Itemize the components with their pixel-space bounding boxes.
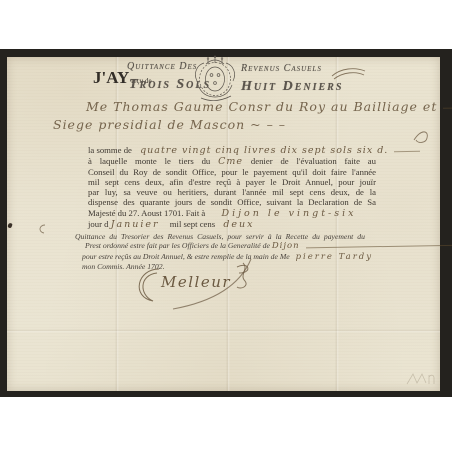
pen-rule bbox=[443, 106, 452, 109]
body-line-3: Conseil du Roy de sondit Office, pour le… bbox=[88, 167, 376, 177]
recipient-line-2: Siege presidial de Mascon ~ – – bbox=[53, 117, 286, 132]
place-date-handwritten: Dijon le vingt-six bbox=[221, 208, 356, 219]
body-line-1-print: la somme de bbox=[88, 145, 132, 155]
photo-dark-background: J'AYreçu de Quittance Des Revenus Casuel… bbox=[0, 49, 452, 397]
generalite-handwritten: Dijon bbox=[272, 241, 300, 251]
pen-flourish-icon bbox=[331, 65, 367, 81]
pen-curl-icon bbox=[412, 127, 434, 145]
body-line-4: mil sept cens deux, afin d'estre reçû à … bbox=[88, 177, 376, 187]
body-line-8: jour d Januier mil sept cens deux bbox=[88, 219, 376, 230]
signature: Melleur bbox=[125, 257, 300, 313]
body-paragraph: la somme de quatre vingt cinq livres dix… bbox=[88, 145, 376, 230]
footer-line-1: Quittance du Tresorier des Revenus Casue… bbox=[75, 232, 365, 241]
body-line-8-print-b: mil sept cens bbox=[170, 219, 215, 229]
pen-rule bbox=[393, 150, 419, 151]
document-paper: J'AYreçu de Quittance Des Revenus Casuel… bbox=[7, 57, 440, 391]
body-line-5: par luy, sa veuve ou heritiers, durant l… bbox=[88, 187, 376, 197]
ink-spot bbox=[7, 222, 12, 228]
fold-crease-horizontal bbox=[7, 329, 440, 333]
royal-coat-of-arms-icon bbox=[191, 55, 239, 103]
engraved-title-top-right: Revenus Casuels bbox=[241, 63, 322, 74]
body-line-7-print: Majesté du 27. Aoust 1701. Fait à bbox=[88, 208, 205, 218]
signature-text: Melleur bbox=[160, 273, 231, 291]
body-line-6: dispense des quarante jours de sondit Of… bbox=[88, 197, 376, 207]
sum-handwritten: quatre vingt cinq livres dix sept sols s… bbox=[140, 145, 388, 156]
denier-rate-handwritten: Cme bbox=[218, 156, 243, 167]
recipient-name-text: Me Thomas Gaume Consr du Roy au Bailliag… bbox=[86, 99, 437, 114]
opening-initial: J'AY bbox=[93, 68, 129, 87]
footer-line-2-print: Prest ordonné estre fait par les Officie… bbox=[85, 241, 270, 250]
footer-line-2: Prest ordonné estre fait par les Officie… bbox=[75, 241, 365, 251]
month-handwritten: Januier bbox=[111, 219, 160, 230]
body-line-2: à laquelle monte le tiers du Cme denier … bbox=[88, 156, 376, 167]
body-line-1: la somme de quatre vingt cinq livres dix… bbox=[88, 145, 376, 156]
body-line-7: Majesté du 27. Aoust 1701. Fait à Dijon … bbox=[88, 208, 376, 219]
body-line-2-print-a: à laquelle monte le tiers du bbox=[88, 156, 210, 166]
pen-rule bbox=[306, 245, 452, 249]
engraved-title-top-left: Quittance Des bbox=[127, 61, 197, 72]
ink-mark bbox=[36, 223, 48, 235]
commis-name-handwritten: pierre Tardy bbox=[296, 252, 373, 262]
year-handwritten: deux bbox=[223, 219, 254, 230]
body-line-2-print-b: denier de l'évaluation faite au bbox=[251, 156, 376, 166]
pencil-mark bbox=[405, 371, 435, 387]
engraved-title-bottom-right: Huit Deniers bbox=[241, 79, 343, 95]
body-line-8-print-a: jour d bbox=[88, 219, 109, 229]
screenshot-canvas: J'AYreçu de Quittance Des Revenus Casuel… bbox=[0, 0, 452, 452]
recipient-line-1: Me Thomas Gaume Consr du Roy au Bailliag… bbox=[86, 99, 452, 114]
